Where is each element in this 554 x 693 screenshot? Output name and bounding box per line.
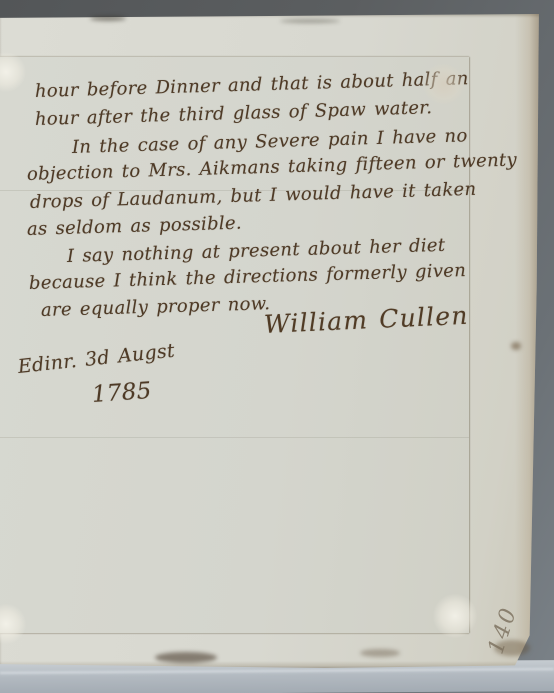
stain-mark	[155, 652, 217, 663]
letter-line: as seldom as possible.	[27, 214, 243, 240]
stain-mark	[280, 19, 340, 23]
letter-page: hour before Dinner and that is about hal…	[0, 57, 469, 633]
surface-highlight	[0, 668, 554, 674]
manuscript-photograph: hour before Dinner and that is about hal…	[0, 0, 554, 693]
stain-mark	[90, 16, 126, 21]
letter-line: drops of Laudanum, but I would have it t…	[30, 180, 477, 213]
folio-number-text: 140	[484, 603, 523, 656]
folio-number: 140	[468, 598, 538, 662]
signature: William Cullen	[263, 302, 469, 339]
stain-mark	[511, 342, 521, 350]
letter-line: hour after the third glass of Spaw water…	[35, 98, 433, 130]
stain-mark	[360, 649, 400, 657]
dateline-year: 1785	[91, 379, 152, 408]
letter-line: hour before Dinner and that is about hal…	[35, 69, 469, 102]
dateline-place: Edinr. 3d Augst	[17, 341, 176, 378]
wafer-seal-mark	[423, 63, 465, 105]
fold-crease	[0, 437, 469, 438]
letter-line: are equally proper now.	[41, 294, 271, 321]
